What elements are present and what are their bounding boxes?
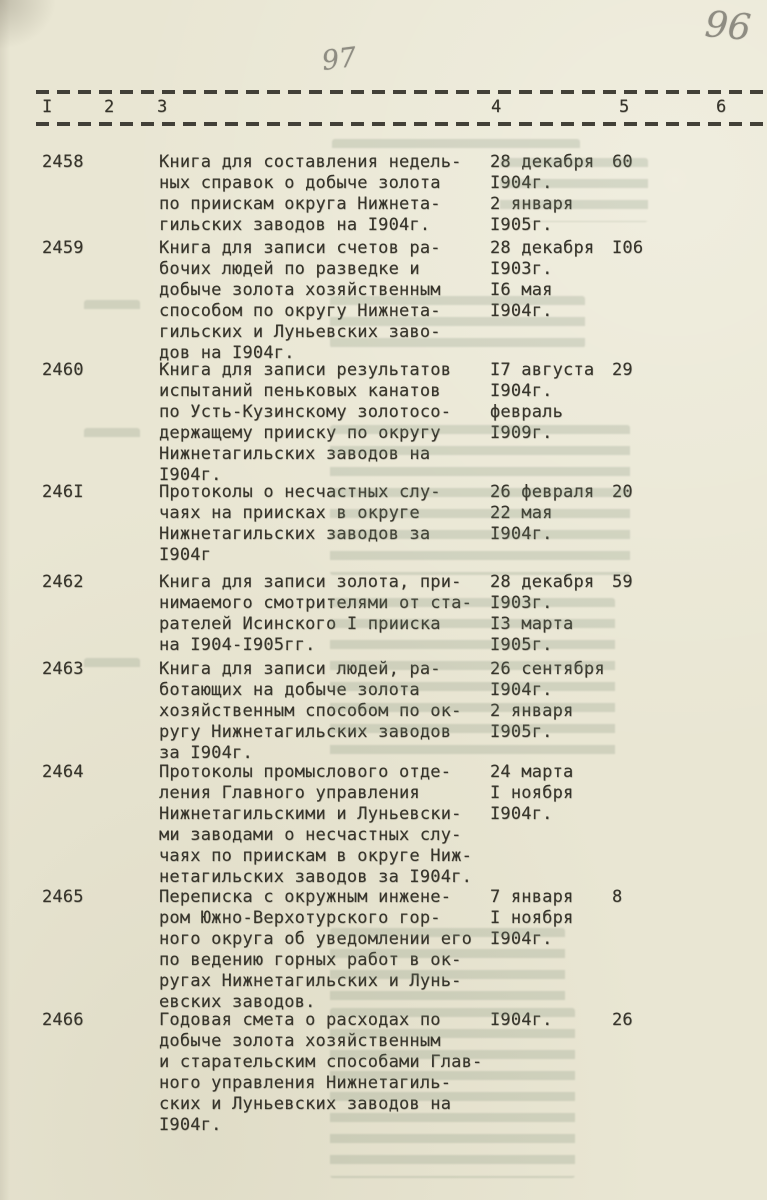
description-line: ления Главного управления — [159, 783, 491, 804]
item-sheet-count: 8 — [612, 887, 622, 908]
table-top-dashed-rule — [36, 90, 767, 94]
bleed-through-smudge — [500, 158, 648, 222]
description-line: Книга для записи счетов ра- — [159, 238, 491, 259]
item-number: 2464 — [42, 762, 84, 783]
description-line: Книга для записи золота, при- — [159, 572, 491, 593]
date-line: 7 января — [490, 887, 612, 908]
column-header: I — [42, 97, 52, 118]
item-sheet-count: 29 — [612, 360, 633, 381]
date-line: I ноября — [490, 908, 612, 929]
description-line: испытаний пеньковых канатов — [159, 381, 491, 402]
item-description: Протоколы промыслового отде-ления Главно… — [159, 762, 491, 888]
item-sheet-count: 26 — [612, 1010, 633, 1031]
bleed-through-smudge — [330, 928, 565, 1003]
item-number: 2462 — [42, 572, 84, 593]
date-line: I7 августа — [490, 360, 612, 381]
description-line: Протоколы промыслового отде- — [159, 762, 491, 783]
description-line: гильских заводов на I904г. — [159, 215, 491, 236]
item-sheet-count: I06 — [612, 238, 643, 259]
description-line: по приискам округа Нижнета- — [159, 194, 491, 215]
handwritten-page-number-top-right: 96 — [703, 4, 752, 49]
item-number: 2466 — [42, 1010, 84, 1031]
column-header: 5 — [619, 97, 629, 118]
handwritten-page-number-center: 97 — [320, 42, 358, 77]
description-line: по Усть-Кузинскому золотосо- — [159, 402, 491, 423]
date-line: I903г. — [490, 259, 612, 280]
item-number: 2458 — [42, 152, 84, 173]
description-line: ром Южно-Верхотурского гор- — [159, 908, 491, 929]
description-line: чаях по приискам в округе Ниж- — [159, 846, 491, 867]
item-number: 2459 — [42, 238, 84, 259]
column-header: 4 — [491, 97, 501, 118]
item-dates: 24 мартаI ноябряI904г. — [490, 762, 612, 825]
description-line: Нижнетагильскими и Луньевски- — [159, 804, 491, 825]
column-header: 2 — [104, 97, 114, 118]
bleed-through-smudge — [332, 139, 580, 150]
date-line: I904г. — [490, 804, 612, 825]
description-line: Книга для составления недель- — [159, 152, 491, 173]
description-line: ных справок о добыче золота — [159, 173, 491, 194]
item-description: Книга для составления недель-ных справок… — [159, 152, 491, 236]
bleed-through-smudge — [330, 1008, 575, 1178]
item-number: 2465 — [42, 887, 84, 908]
bleed-through-smudge — [330, 296, 585, 348]
column-header: 6 — [716, 97, 726, 118]
bleed-through-smudge — [330, 425, 630, 575]
description-line: нетагильских заводов за I904г. — [159, 867, 491, 888]
description-line: Переписка с окружным инжене- — [159, 887, 491, 908]
description-line: бочих людей по разведке и — [159, 259, 491, 280]
bleed-through-smudge — [84, 428, 140, 440]
item-sheet-count: 59 — [612, 572, 633, 593]
item-number: 2463 — [42, 659, 84, 680]
description-line: ми заводами о несчастных слу- — [159, 825, 491, 846]
date-line: 24 марта — [490, 762, 612, 783]
column-header: 3 — [157, 97, 167, 118]
date-line: февраль — [490, 402, 612, 423]
bleed-through-smudge — [84, 658, 140, 670]
item-number: 2460 — [42, 360, 84, 381]
date-line: 28 декабря — [490, 572, 612, 593]
table-header-dashed-rule — [36, 122, 767, 126]
date-line: I904г. — [490, 381, 612, 402]
description-line: Книга для записи результатов — [159, 360, 491, 381]
bleed-through-smudge — [330, 598, 615, 763]
scanned-archive-page: 96 97 I23456 2458 Книга для составления … — [0, 0, 767, 1200]
bleed-through-smudge — [84, 300, 140, 312]
item-number: 246I — [42, 482, 84, 503]
date-line: 28 декабря — [490, 238, 612, 259]
date-line: I ноября — [490, 783, 612, 804]
